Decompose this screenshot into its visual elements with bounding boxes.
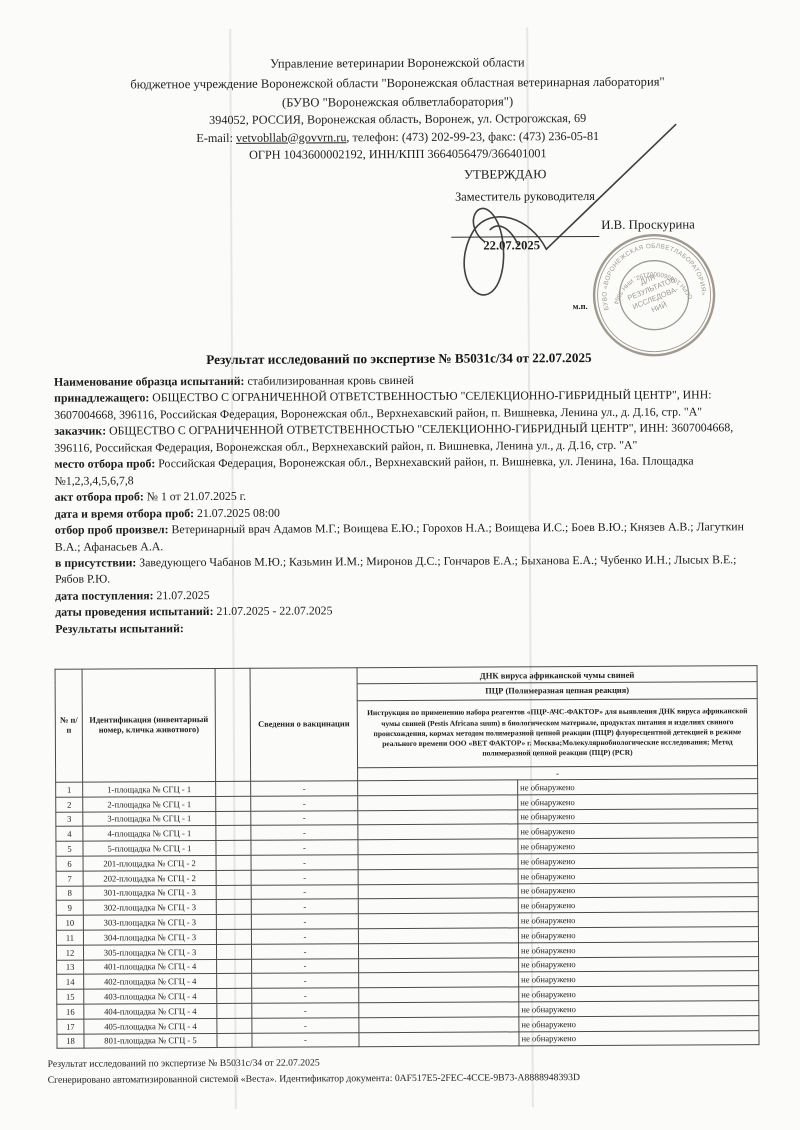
- row-result-blank-cell: [358, 854, 518, 870]
- row-blank-cell: [216, 826, 251, 841]
- email-label: E-mail:: [196, 130, 233, 144]
- row-result: не обнаружено: [518, 882, 758, 898]
- row-identification: 402-площадка № СГЦ - 4: [84, 974, 217, 989]
- row-result: не обнаружено: [518, 808, 758, 824]
- row-result: не обнаружено: [518, 793, 758, 809]
- row-number: 11: [56, 930, 83, 945]
- field-label: акт отбора проб:: [55, 490, 144, 504]
- row-number: 9: [56, 901, 83, 916]
- row-number: 12: [56, 945, 83, 960]
- row-identification: 1-площадка № СГЦ - 1: [83, 781, 216, 796]
- row-identification: 201-площадка № СГЦ - 2: [83, 855, 216, 870]
- row-result-blank-cell: [358, 913, 518, 929]
- row-result-blank-cell: [358, 809, 518, 825]
- row-result: не обнаружено: [518, 853, 758, 869]
- row-identification: 302-площадка № СГЦ - 3: [83, 900, 216, 915]
- row-number: 7: [56, 871, 83, 886]
- row-result-blank-cell: [358, 839, 518, 855]
- row-number: 6: [56, 856, 83, 871]
- row-blank-cell: [217, 1018, 252, 1033]
- row-blank-cell: [217, 974, 252, 989]
- row-blank-cell: [216, 870, 251, 885]
- field-label: место отбора проб:: [54, 457, 155, 472]
- row-blank-cell: [216, 900, 251, 915]
- row-blank-cell: [216, 796, 251, 811]
- field-label: дата поступления:: [55, 588, 153, 603]
- row-vaccination: -: [251, 825, 358, 840]
- row-vaccination: -: [251, 840, 358, 855]
- row-result: не обнаружено: [519, 1001, 759, 1017]
- row-result-blank-cell: [358, 780, 518, 796]
- stamp-place-label: м.п.: [573, 301, 588, 311]
- results-table-body: 11-площадка № СГЦ - 1-не обнаружено22-пл…: [56, 779, 759, 1049]
- row-identification: 305-площадка № СГЦ - 3: [83, 944, 216, 959]
- email-link: vetvobllab@govvrn.ru: [236, 130, 346, 145]
- row-blank-cell: [217, 1033, 252, 1048]
- field-label: в присутствии:: [55, 555, 136, 569]
- row-result-blank-cell: [358, 883, 518, 899]
- row-result-blank-cell: [359, 1031, 519, 1047]
- field-label: дата и время отбора проб:: [55, 506, 194, 521]
- row-vaccination: -: [251, 914, 358, 929]
- report-fields: Наименование образца испытаний: стабилиз…: [54, 370, 760, 637]
- row-blank-cell: [216, 811, 251, 826]
- row-result-blank-cell: [359, 1017, 519, 1033]
- row-vaccination: -: [251, 899, 358, 914]
- row-blank-cell: [216, 840, 251, 855]
- row-vaccination: -: [251, 810, 358, 825]
- row-identification: 3-площадка № СГЦ - 1: [83, 811, 216, 826]
- column-header-method-description: Инструкция по применению набора реагенто…: [357, 699, 757, 768]
- scanned-document-page: Управление ветеринарии Воронежской облас…: [0, 0, 800, 1130]
- row-number: 17: [57, 1019, 84, 1034]
- field-value: 21.07.2025 08:00: [197, 505, 280, 519]
- row-number: 5: [56, 841, 83, 856]
- field-label: даты проведения испытаний:: [55, 604, 213, 619]
- row-result-blank-cell: [359, 972, 519, 988]
- row-number: 8: [56, 886, 83, 901]
- row-number: 4: [56, 827, 83, 842]
- field-value: 21.07.2025: [156, 588, 209, 602]
- row-blank-cell: [216, 944, 251, 959]
- row-result: не обнаружено: [518, 838, 758, 854]
- row-result-blank-cell: [359, 1002, 519, 1018]
- table-row: 18801-площадка № СГЦ - 5-не обнаружено: [57, 1030, 759, 1048]
- column-header-vaccination: Сведения о вакцинации: [250, 668, 358, 782]
- row-vaccination: -: [251, 943, 358, 958]
- column-header-blank: [215, 668, 251, 781]
- row-result: не обнаружено: [518, 779, 758, 795]
- field-value: Заведующего Чабанов М.Ю.; Казьмин И.М.; …: [55, 552, 736, 586]
- row-result: не обнаружено: [518, 941, 758, 957]
- row-blank-cell: [216, 781, 251, 796]
- row-result: не обнаружено: [519, 986, 759, 1002]
- row-identification: 801-площадка № СГЦ - 5: [84, 1033, 217, 1048]
- row-result: не обнаружено: [518, 867, 758, 883]
- row-vaccination: -: [252, 1032, 359, 1047]
- field-customer: заказчик: ОБЩЕСТВО С ОГРАНИЧЕННОЙ ОТВЕТС…: [54, 419, 759, 456]
- field-in-presence-of: в присутствии: Заведующего Чабанов М.Ю.;…: [55, 551, 760, 588]
- report-title: Результат исследований по экспертизе № В…: [0, 349, 799, 369]
- row-number: 13: [57, 960, 84, 975]
- field-label: Результаты испытаний:: [55, 621, 184, 636]
- field-results-heading: Результаты испытаний:: [55, 617, 760, 637]
- row-identification: 303-площадка № СГЦ - 3: [83, 915, 216, 930]
- row-number: 18: [57, 1034, 84, 1049]
- row-identification: 301-площадка № СГЦ - 3: [83, 885, 216, 900]
- row-identification: 304-площадка № СГЦ - 3: [83, 929, 216, 944]
- row-vaccination: -: [251, 870, 358, 885]
- row-number: 16: [57, 1004, 84, 1019]
- field-value: стабилизированная кровь свиней: [247, 373, 413, 388]
- row-vaccination: -: [252, 973, 359, 988]
- field-sampled-by: отбор проб произвел: Ветеринарный врач А…: [55, 518, 760, 555]
- row-result-blank-cell: [359, 957, 519, 973]
- field-value: 21.07.2025 - 22.07.2025: [216, 604, 332, 619]
- row-result: не обнаружено: [519, 956, 759, 972]
- column-header-number: № п/п: [55, 669, 83, 782]
- row-vaccination: -: [252, 958, 359, 973]
- field-owner: принадлежащего: ОБЩЕСТВО С ОГРАНИЧЕННОЙ …: [54, 387, 759, 424]
- row-result-blank-cell: [358, 928, 518, 944]
- row-vaccination: -: [251, 929, 358, 944]
- row-blank-cell: [217, 959, 252, 974]
- row-result: не обнаружено: [518, 823, 758, 839]
- row-identification: 401-площадка № СГЦ - 4: [84, 959, 217, 974]
- row-blank-cell: [217, 988, 252, 1003]
- row-result-blank-cell: [358, 824, 518, 840]
- document-footer: Результат исследований по экспертизе № В…: [48, 1054, 580, 1089]
- row-blank-cell: [216, 929, 251, 944]
- row-result-blank-cell: [358, 795, 518, 811]
- row-result: не обнаружено: [519, 1015, 759, 1031]
- row-vaccination: -: [251, 855, 358, 870]
- field-label: Наименование образца испытаний:: [54, 374, 245, 389]
- row-vaccination: -: [252, 988, 359, 1003]
- row-number: 15: [57, 989, 84, 1004]
- row-identification: 2-площадка № СГЦ - 1: [83, 796, 216, 811]
- row-identification: 4-площадка № СГЦ - 1: [83, 826, 216, 841]
- row-vaccination: -: [252, 1003, 359, 1018]
- field-label: принадлежащего:: [54, 391, 149, 405]
- field-label: заказчик:: [54, 424, 106, 438]
- row-result-blank-cell: [358, 943, 518, 959]
- row-result: не обнаружено: [518, 897, 758, 913]
- row-blank-cell: [216, 914, 251, 929]
- column-header-method-type: ПЦР (Полимеразная цепная реакция): [357, 682, 757, 701]
- row-result-blank-cell: [359, 987, 519, 1003]
- row-number: 10: [56, 915, 83, 930]
- row-result: не обнаружено: [519, 1030, 759, 1046]
- row-result: не обнаружено: [519, 971, 759, 987]
- field-label: отбор проб произвел:: [55, 522, 169, 537]
- row-identification: 5-площадка № СГЦ - 1: [83, 841, 216, 856]
- row-result-blank-cell: [358, 869, 518, 885]
- row-vaccination: -: [252, 1017, 359, 1032]
- row-vaccination: -: [251, 884, 358, 899]
- row-number: 1: [56, 782, 83, 797]
- row-identification: 405-площадка № СГЦ - 4: [84, 1018, 217, 1033]
- row-vaccination: -: [251, 796, 358, 811]
- row-vaccination: -: [251, 781, 358, 796]
- field-value: № 1 от 21.07.2025 г.: [147, 489, 246, 504]
- row-result: не обнаружено: [518, 912, 758, 928]
- stamp-seal-icon: БУВО «ВОРОНЕЖСКАЯ ОБЛВЕТЛАБОРАТОРИЯ» ОГР…: [590, 231, 718, 359]
- column-header-identification: Идентификация (инвентарный номер, кличка…: [82, 668, 216, 782]
- row-number: 3: [56, 812, 83, 827]
- row-blank-cell: [216, 855, 251, 870]
- row-number: 2: [56, 797, 83, 812]
- row-result-blank-cell: [358, 898, 518, 914]
- row-identification: 403-площадка № СГЦ - 4: [84, 989, 217, 1004]
- row-blank-cell: [216, 885, 251, 900]
- field-value: ОБЩЕСТВО С ОГРАНИЧЕННОЙ ОТВЕТСТВЕННОСТЬЮ…: [54, 388, 711, 422]
- row-blank-cell: [217, 1003, 252, 1018]
- row-result: не обнаружено: [518, 927, 758, 943]
- footer-generated-line: Сгенерировано автоматизированной системо…: [48, 1070, 580, 1089]
- row-identification: 202-площадка № СГЦ - 2: [83, 870, 216, 885]
- row-number: 14: [57, 975, 84, 990]
- row-identification: 404-площадка № СГЦ - 4: [84, 1003, 217, 1018]
- field-sampling-place: место отбора проб: Российская Федерация,…: [54, 452, 759, 489]
- field-value: ОБЩЕСТВО С ОГРАНИЧЕННОЙ ОТВЕТСТВЕННОСТЬЮ…: [54, 421, 733, 455]
- results-table: № п/п Идентификация (инвентарный номер, …: [55, 665, 760, 1049]
